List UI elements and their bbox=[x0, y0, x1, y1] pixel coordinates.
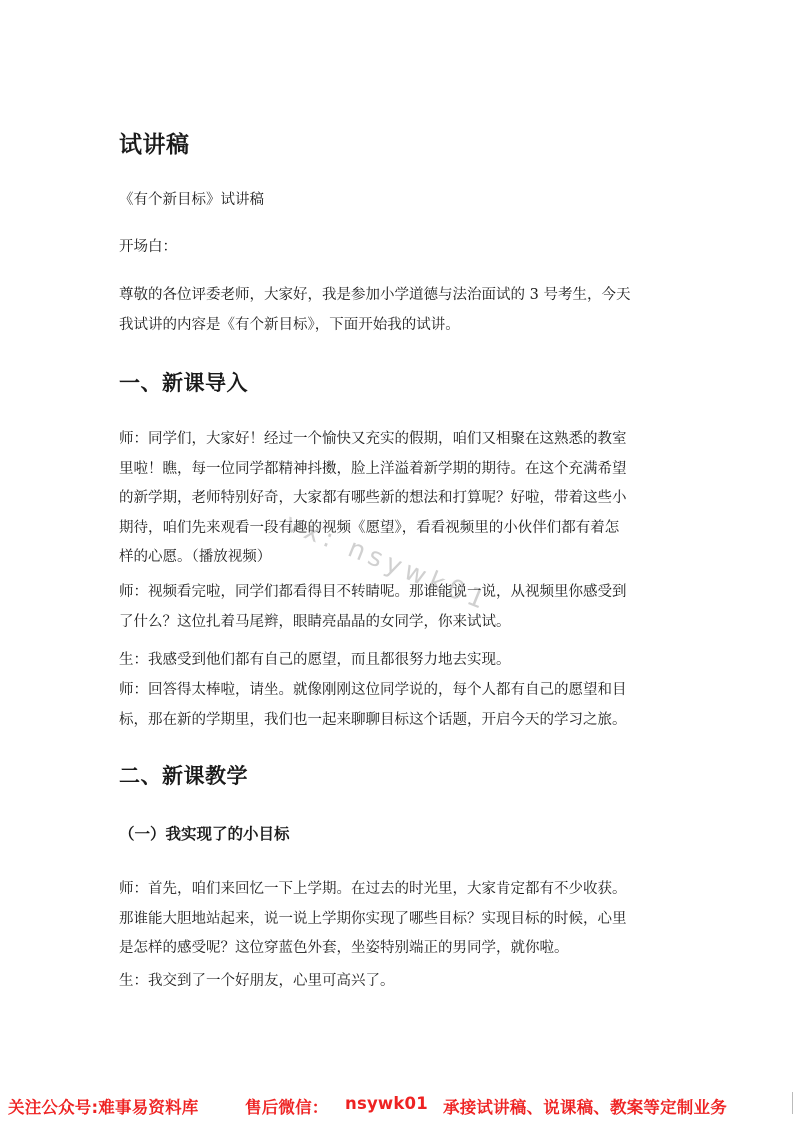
teaching-paragraph-1: 师：首先，咱们来回忆一下上学期。在过去的时光里，大家肯定都有不少收获。 那谁能大… bbox=[119, 875, 679, 964]
footer-wechat-account: 关注公众号:难事易资料库 bbox=[8, 1094, 199, 1118]
footer-aftersales-label: 售后微信： bbox=[245, 1094, 329, 1118]
section-heading-teaching: 二、新课教学 bbox=[119, 760, 248, 790]
document-page: 试讲稿 《有个新目标》试讲稿 开场白： 尊敬的各位评委老师，大家好，我是参加小学… bbox=[0, 0, 793, 1122]
opening-paragraph: 尊敬的各位评委老师，大家好，我是参加小学道德与法治面试的 3 号考生，今天 我试… bbox=[119, 281, 679, 340]
teaching-paragraph-2: 生：我交到了一个好朋友，心里可高兴了。 bbox=[119, 967, 679, 997]
section-heading-intro: 一、新课导入 bbox=[119, 367, 248, 397]
document-title: 试讲稿 bbox=[119, 126, 190, 159]
opening-label: 开场白： bbox=[119, 233, 679, 263]
intro-paragraph-2: 师：视频看完啦，同学们都看得目不转睛呢。那谁能说一说，从视频里你感受到 了什么？… bbox=[119, 578, 679, 637]
footer-wechat-id: nsywk01 bbox=[345, 1094, 428, 1113]
intro-paragraph-3: 生：我感受到他们都有自己的愿望，而且都很努力地去实现。 bbox=[119, 646, 679, 676]
intro-paragraph-4: 师：回答得太棒啦，请坐。就像刚刚这位同学说的，每个人都有自己的愿望和目 标，那在… bbox=[119, 676, 679, 735]
intro-paragraph-1: 师：同学们，大家好！经过一个愉快又充实的假期，咱们又相聚在这熟悉的教室 里啦！瞧… bbox=[119, 425, 679, 573]
document-subtitle: 《有个新目标》试讲稿 bbox=[119, 186, 679, 216]
footer-services: 承接试讲稿、说课稿、教案等定制业务 bbox=[443, 1094, 727, 1118]
subsection-heading: （一）我实现了的小目标 bbox=[119, 822, 290, 844]
footer-banner: 关注公众号:难事易资料库 售后微信： nsywk01 承接试讲稿、说课稿、教案等… bbox=[0, 1094, 793, 1122]
